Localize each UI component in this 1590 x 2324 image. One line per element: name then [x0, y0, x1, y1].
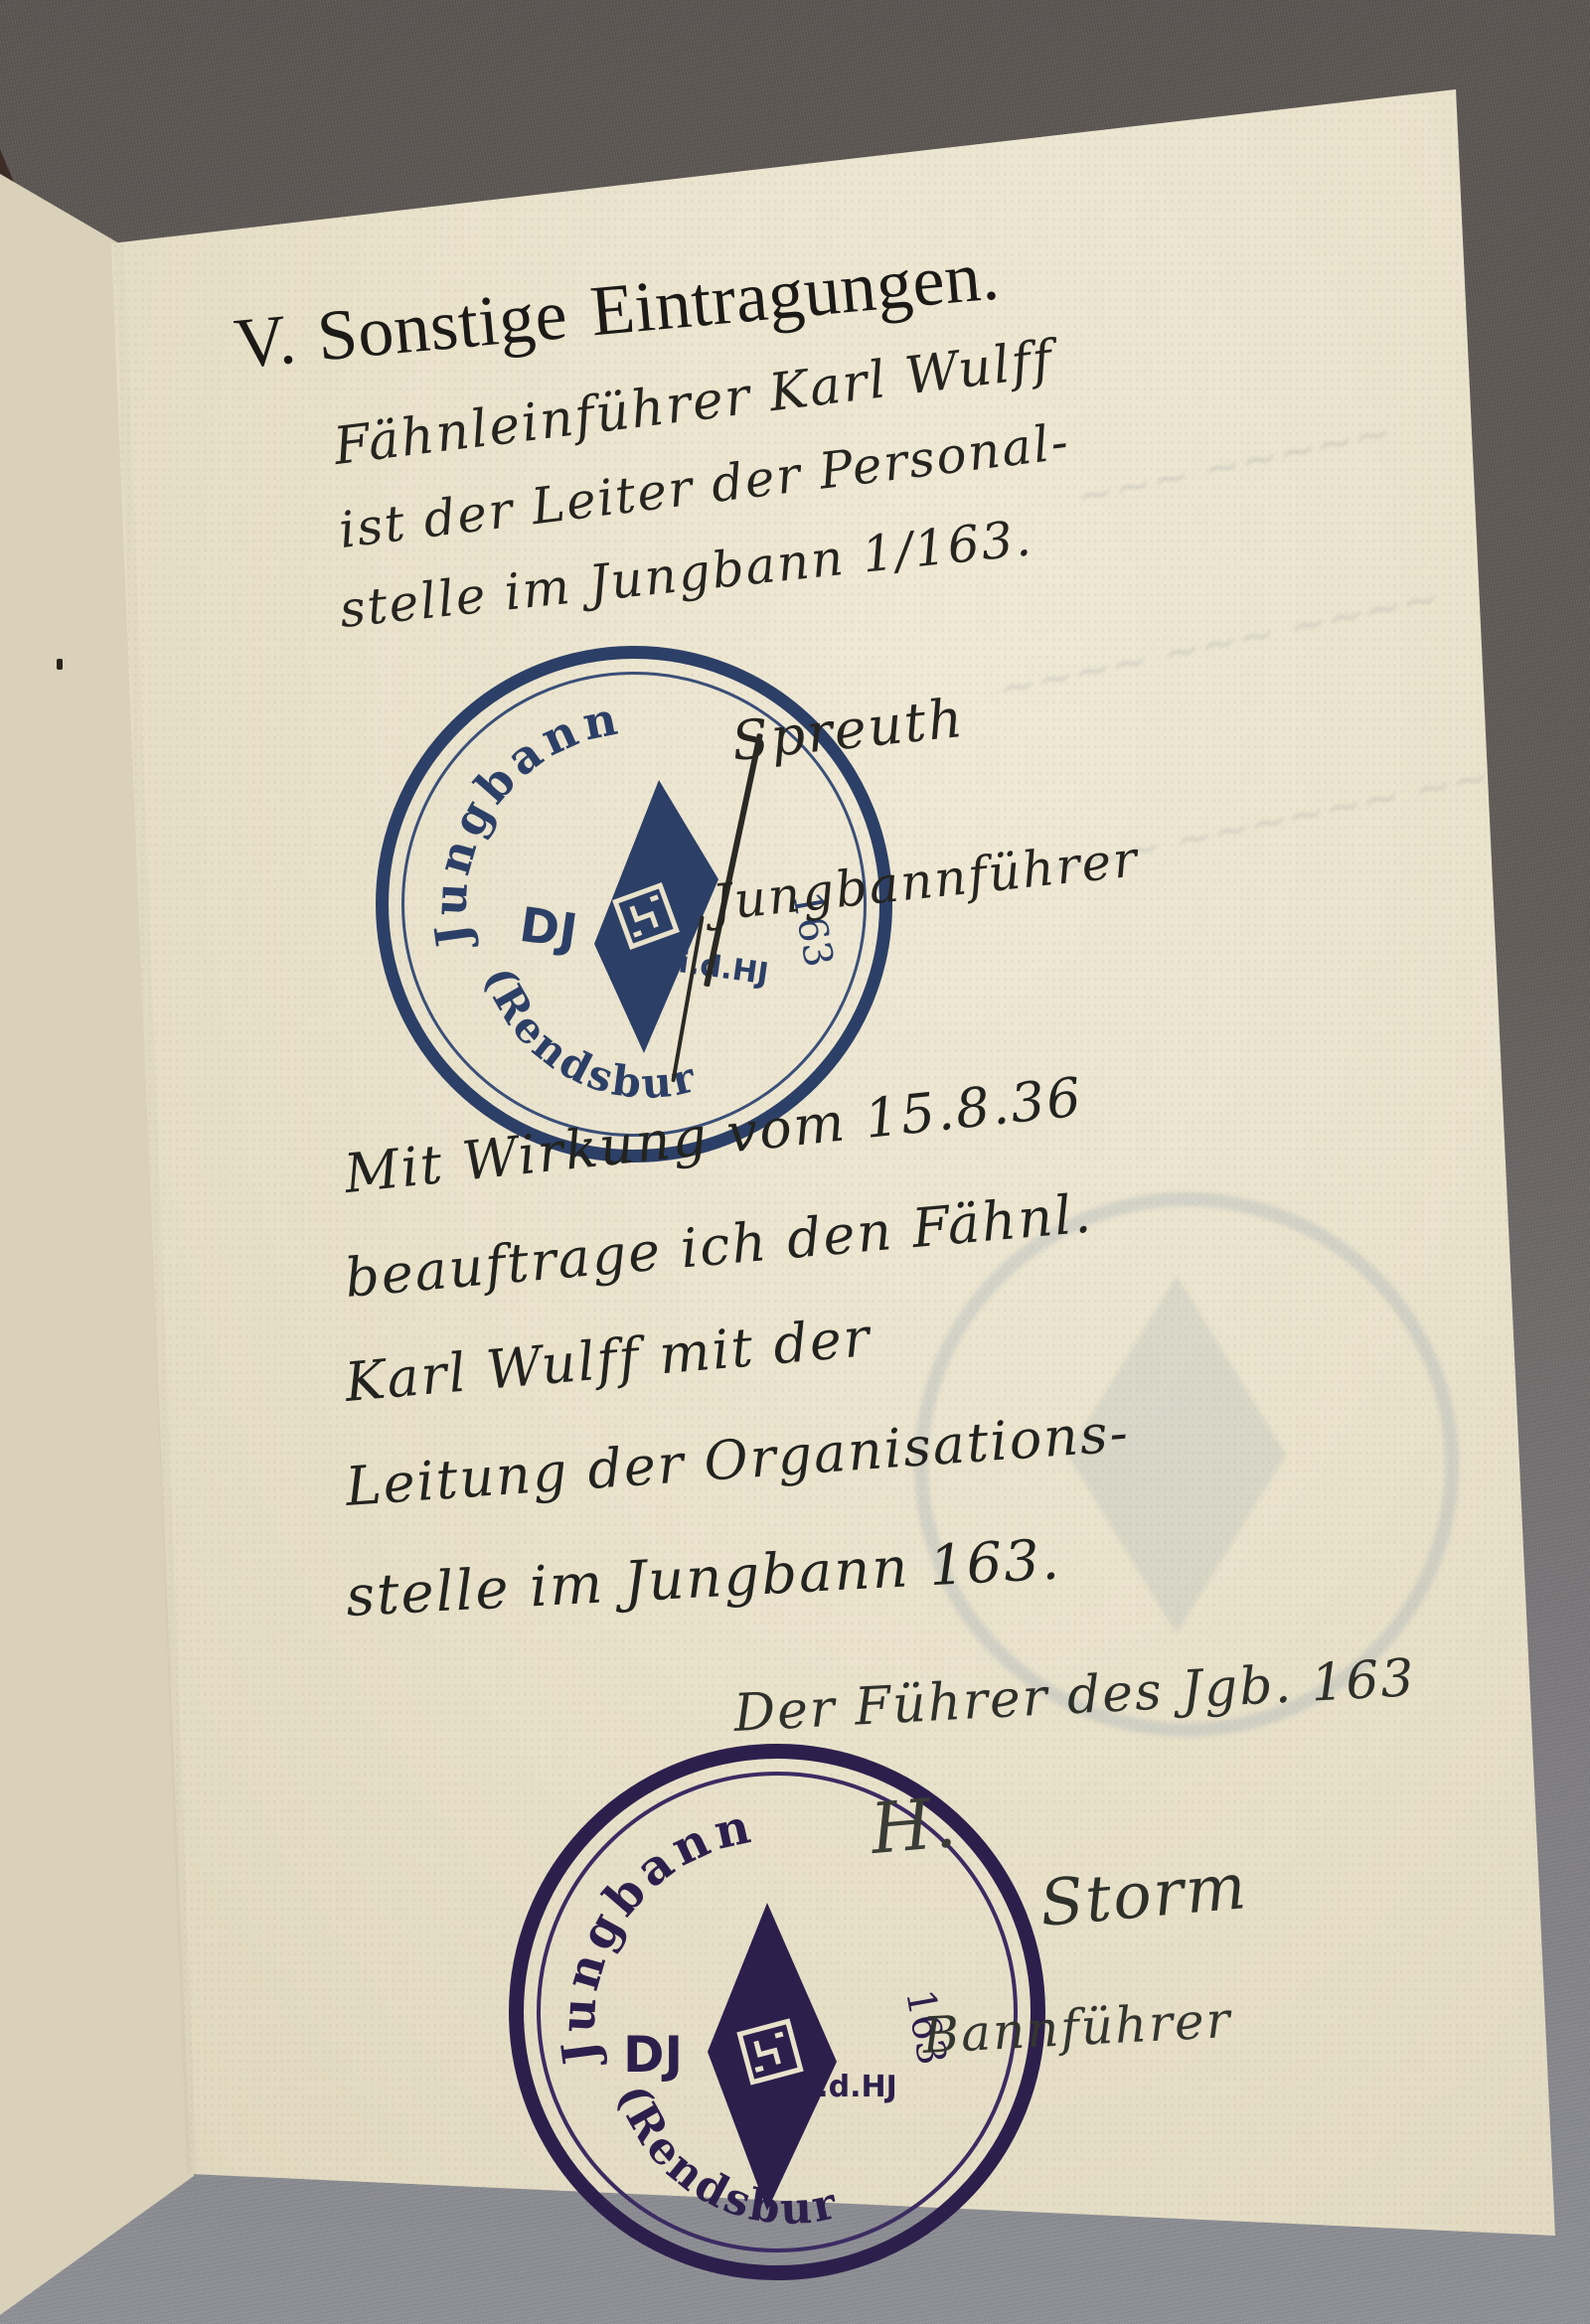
section-number: V.	[232, 299, 300, 384]
signature-2-initial: H.	[868, 1782, 961, 1870]
stamp-left-text: DJ	[516, 897, 580, 960]
stamp-left-text: DJ	[623, 2026, 683, 2084]
ink-speck	[57, 659, 63, 670]
stamp-right-text: i.d.HJ	[807, 2070, 897, 2104]
